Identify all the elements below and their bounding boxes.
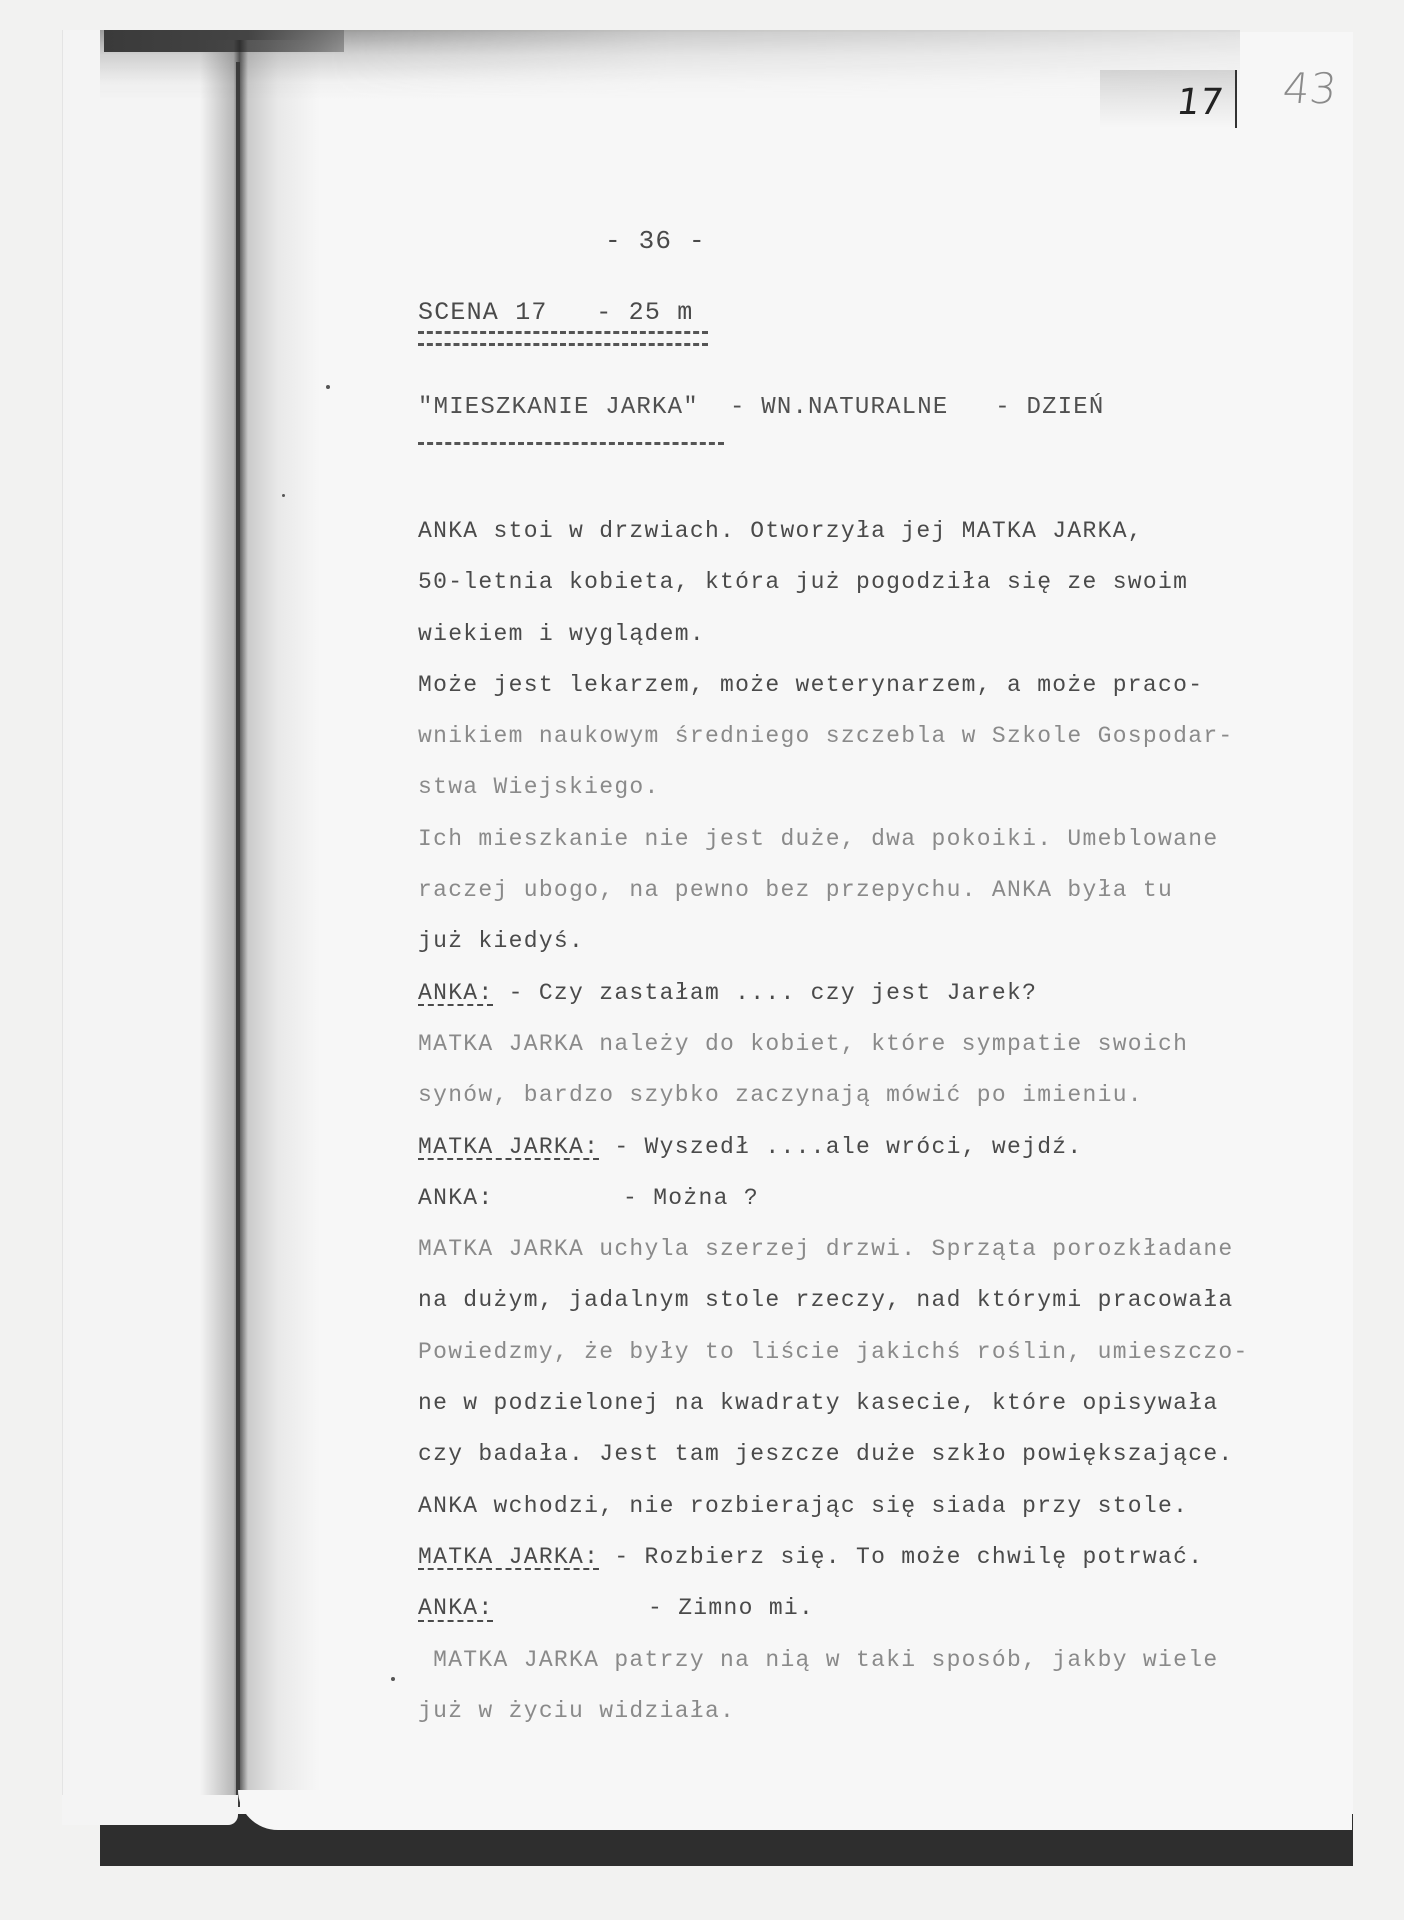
- line-text: wiekiem i wyglądem.: [418, 621, 705, 647]
- line-text: ne w podzielonej na kwadraty kasecie, kt…: [418, 1390, 1218, 1416]
- line-text: Powiedzmy, że były to liście jakichś roś…: [418, 1339, 1249, 1365]
- script-line: MATKA JARKA: - Rozbierz się. To może chw…: [418, 1532, 1318, 1583]
- speaker-name: MATKA JARKA:: [418, 1544, 599, 1570]
- speck: [391, 1677, 395, 1681]
- script-line: wnikiem naukowym średniego szczebla w Sz…: [418, 711, 1318, 762]
- script-line: na dużym, jadalnym stole rzeczy, nad któ…: [418, 1275, 1318, 1326]
- left-page-bottom: [62, 1795, 238, 1825]
- script-line: stwa Wiejskiego.: [418, 762, 1318, 813]
- script-line: ANKA:- Zimno mi.: [418, 1583, 1318, 1634]
- line-text: już w życiu widziała.: [418, 1698, 735, 1724]
- handwritten-folio-inner: 17: [1174, 82, 1226, 123]
- script-line: Powiedzmy, że były to liście jakichś roś…: [418, 1327, 1318, 1378]
- speck: [326, 385, 330, 389]
- script-body: ANKA stoi w drzwiach. Otworzyła jej MATK…: [418, 506, 1318, 1737]
- script-line: czy badała. Jest tam jeszcze duże szkło …: [418, 1429, 1318, 1480]
- line-text: ANKA stoi w drzwiach. Otworzyła jej MATK…: [418, 518, 1143, 544]
- script-line: ANKA:- Można ?: [418, 1173, 1318, 1224]
- line-text: już kiedyś.: [418, 928, 584, 954]
- script-line: ANKA stoi w drzwiach. Otworzyła jej MATK…: [418, 506, 1318, 557]
- script-line: już w życiu widziała.: [418, 1686, 1318, 1737]
- binding-shadow: [200, 40, 320, 1800]
- location-underline: [418, 442, 724, 445]
- script-line: ANKA: - Czy zastałam .... czy jest Jarek…: [418, 968, 1318, 1019]
- speck: [282, 494, 285, 497]
- script-line: MATKA JARKA uchyla szerzej drzwi. Sprząt…: [418, 1224, 1318, 1275]
- script-line: MATKA JARKA: - Wyszedł ....ale wróci, we…: [418, 1122, 1318, 1173]
- speaker-name: ANKA:: [418, 1583, 648, 1634]
- line-text: 50-letnia kobieta, która już pogodziła s…: [418, 569, 1188, 595]
- script-line: już kiedyś.: [418, 916, 1318, 967]
- script-line: wiekiem i wyglądem.: [418, 609, 1318, 660]
- script-line: ANKA wchodzi, nie rozbierając się siada …: [418, 1481, 1318, 1532]
- script-line: MATKA JARKA patrzy na nią w taki sposób,…: [418, 1635, 1318, 1686]
- line-text: na dużym, jadalnym stole rzeczy, nad któ…: [418, 1287, 1234, 1313]
- right-page-bottom-curve: [238, 1790, 1352, 1830]
- script-line: raczej ubogo, na pewno bez przepychu. AN…: [418, 865, 1318, 916]
- binding-fold-line: [236, 62, 240, 1807]
- line-text: wnikiem naukowym średniego szczebla w Sz…: [418, 723, 1234, 749]
- script-line: MATKA JARKA należy do kobiet, które symp…: [418, 1019, 1318, 1070]
- script-line: Ich mieszkanie nie jest duże, dwa pokoik…: [418, 814, 1318, 865]
- script-line: Może jest lekarzem, może weterynarzem, a…: [418, 660, 1318, 711]
- line-text: MATKA JARKA należy do kobiet, które symp…: [418, 1031, 1188, 1057]
- location-line: "MIESZKANIE JARKA" - WN.NATURALNE - DZIE…: [418, 394, 1105, 421]
- script-line: 50-letnia kobieta, która już pogodziła s…: [418, 557, 1318, 608]
- line-text: Ich mieszkanie nie jest duże, dwa pokoik…: [418, 826, 1218, 852]
- handwritten-folio-archive: 43: [1280, 64, 1339, 113]
- script-line: synów, bardzo szybko zaczynają mówić po …: [418, 1070, 1318, 1121]
- line-text: - Wyszedł ....ale wróci, wejdź.: [599, 1134, 1082, 1160]
- line-text: MATKA JARKA uchyla szerzej drzwi. Sprząt…: [418, 1236, 1234, 1262]
- speaker-name: MATKA JARKA:: [418, 1134, 599, 1160]
- line-text: czy badała. Jest tam jeszcze duże szkło …: [418, 1441, 1234, 1467]
- speaker-name: ANKA:: [418, 1173, 623, 1224]
- line-text: - Czy zastałam .... czy jest Jarek?: [494, 980, 1038, 1006]
- speaker-name: ANKA:: [418, 980, 494, 1006]
- line-text: raczej ubogo, na pewno bez przepychu. AN…: [418, 877, 1173, 903]
- line-text: - Można ?: [623, 1185, 759, 1211]
- folio-box: 17: [1100, 70, 1237, 128]
- line-text: stwa Wiejskiego.: [418, 774, 660, 800]
- scene-heading: SCENA 17 - 25 m: [418, 298, 693, 327]
- line-text: Może jest lekarzem, może weterynarzem, a…: [418, 672, 1203, 698]
- line-text: synów, bardzo szybko zaczynają mówić po …: [418, 1082, 1143, 1108]
- line-text: - Rozbierz się. To może chwilę potrwać.: [599, 1544, 1203, 1570]
- line-text: - Zimno mi.: [648, 1595, 814, 1621]
- page-number: - 36 -: [605, 226, 706, 256]
- script-line: ne w podzielonej na kwadraty kasecie, kt…: [418, 1378, 1318, 1429]
- line-text: ANKA wchodzi, nie rozbierając się siada …: [418, 1493, 1188, 1519]
- line-text: MATKA JARKA patrzy na nią w taki sposób,…: [418, 1647, 1218, 1673]
- scene-heading-double-rule: [418, 331, 708, 346]
